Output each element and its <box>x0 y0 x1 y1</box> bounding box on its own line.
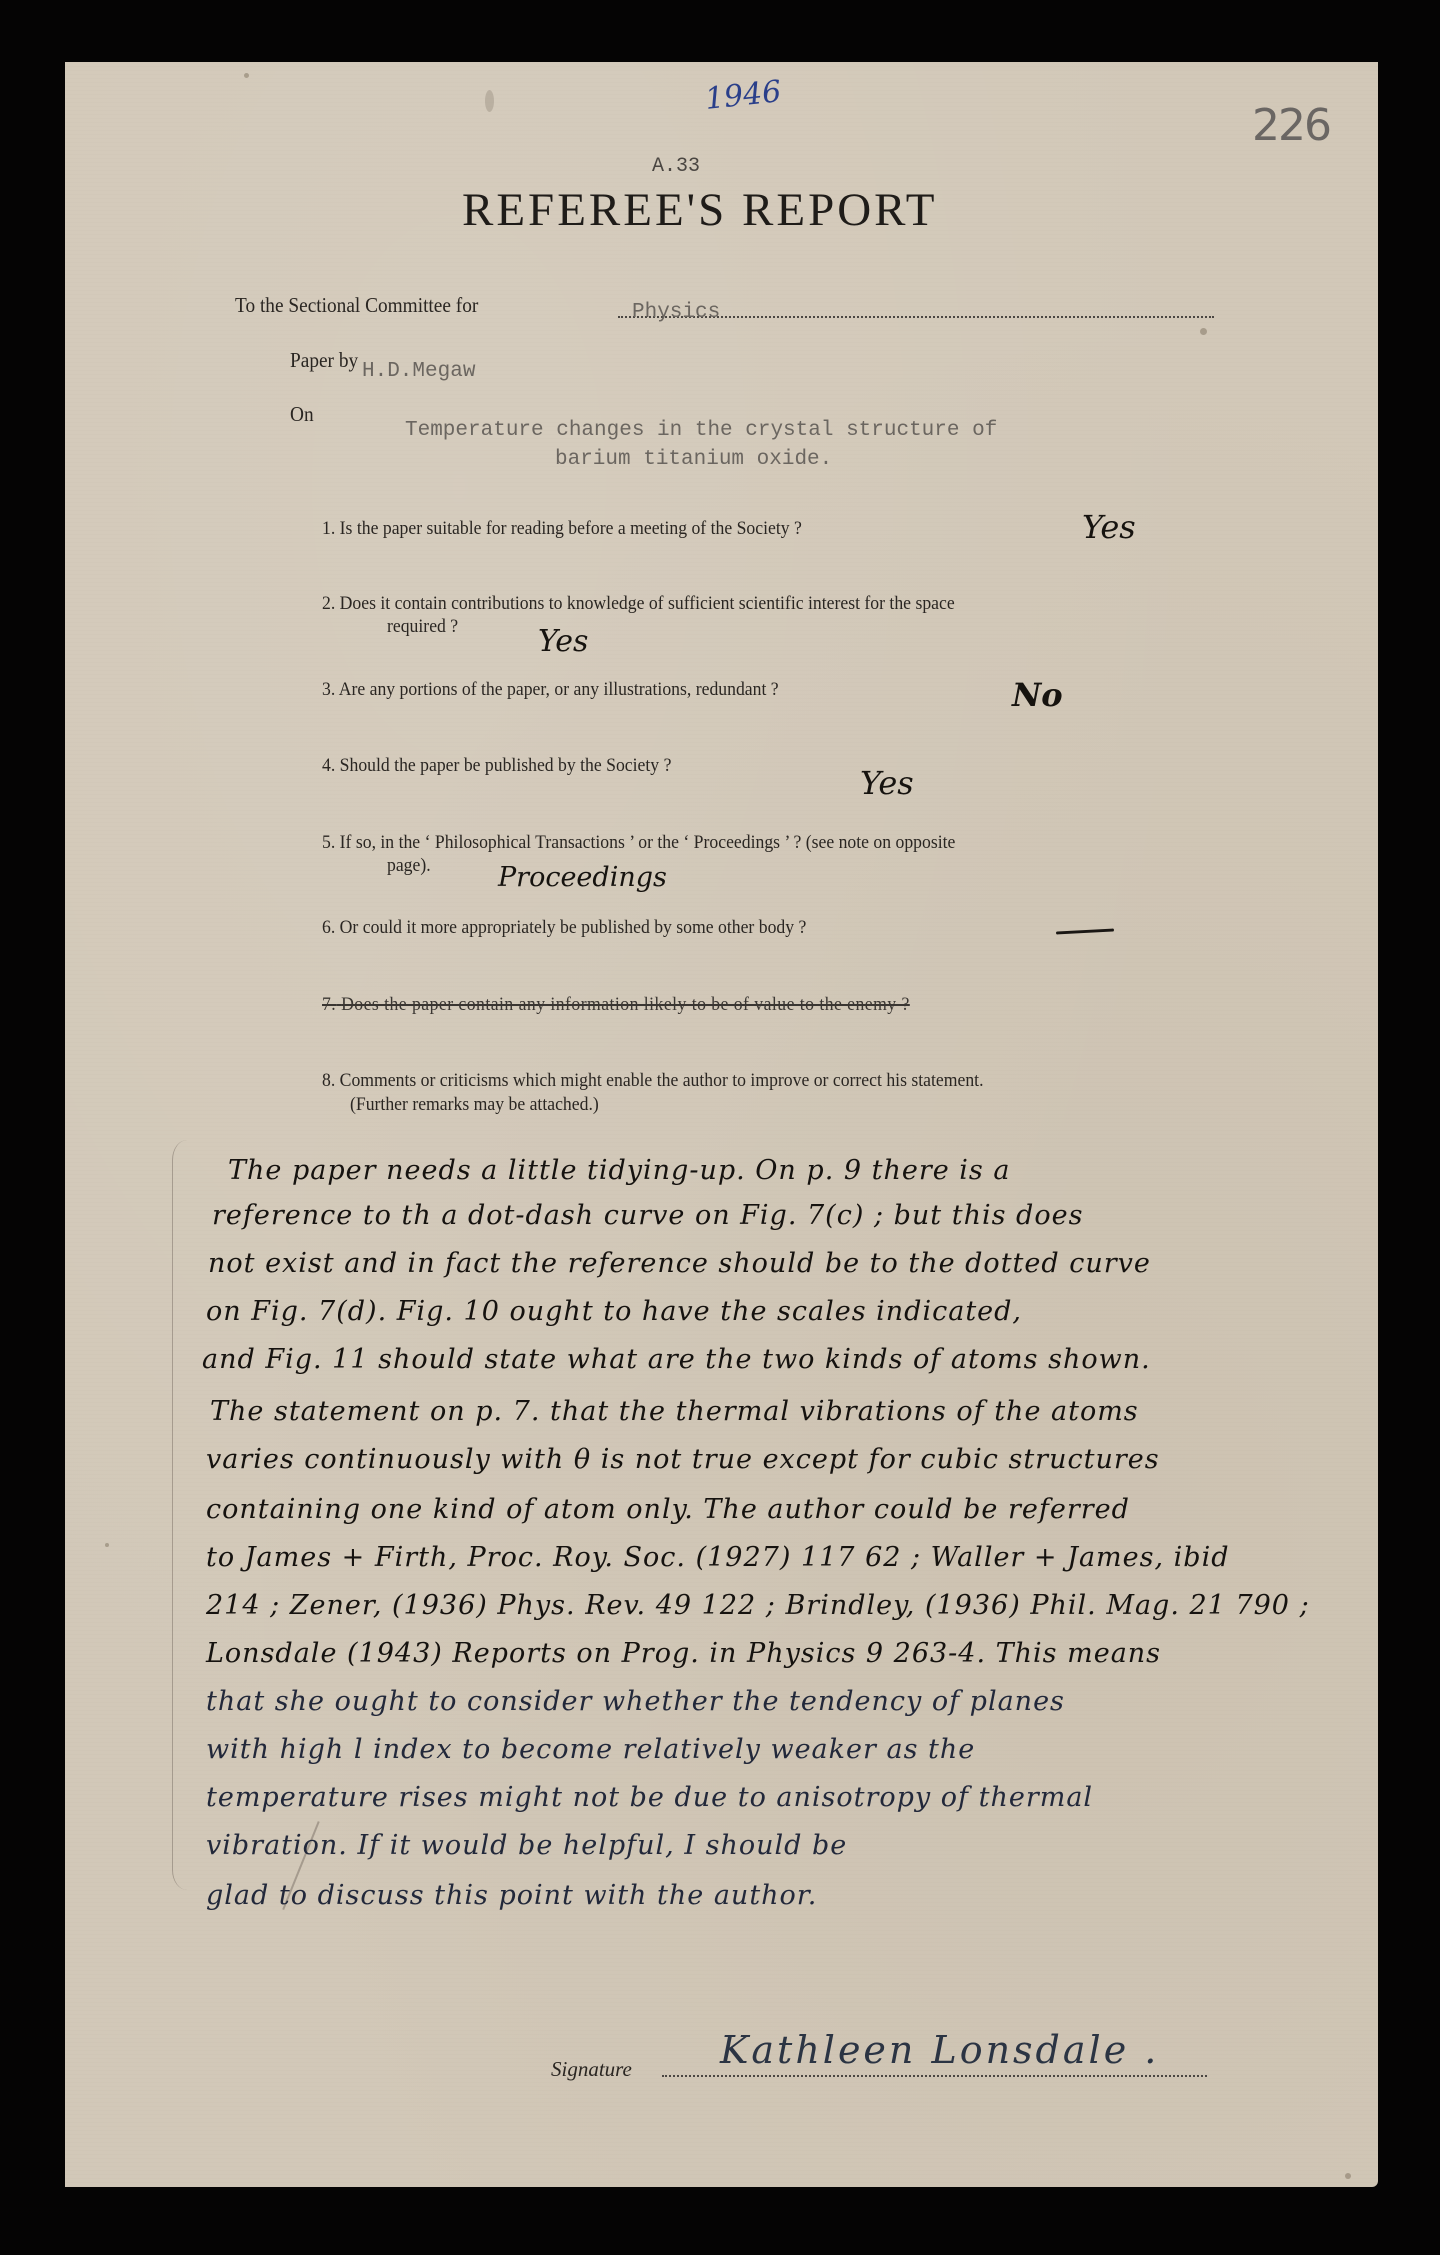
referee-report-page <box>65 62 1378 2187</box>
paper-by-label: Paper by <box>290 348 358 373</box>
question-number: 6. <box>322 917 335 938</box>
comment-line: varies continuously with θ is not true e… <box>206 1444 1160 1475</box>
comment-line: containing one kind of atom only. The au… <box>206 1494 1130 1525</box>
on-label: On <box>290 402 314 427</box>
question-text: Does the paper contain any information l… <box>341 994 910 1015</box>
question-text: Comments or criticisms which might enabl… <box>340 1070 984 1091</box>
comment-line: with high l index to become relatively w… <box>206 1734 975 1765</box>
paper-speck <box>485 90 494 112</box>
question-8-continued: (Further remarks may be attached.) <box>350 1094 599 1116</box>
paper-speck <box>1200 328 1207 335</box>
question-number: 8. <box>322 1070 335 1091</box>
comment-line: reference to th a dot-dash curve on Fig.… <box>212 1200 1083 1231</box>
page-title: REFEREE'S REPORT <box>462 183 937 237</box>
answer-2: Yes <box>538 624 588 659</box>
comment-line: The statement on p. 7. that the thermal … <box>210 1396 1139 1427</box>
question-5: 5. If so, in the ‘ Philosophical Transac… <box>322 832 955 854</box>
pencil-margin-bracket <box>172 1140 187 1890</box>
question-text: Are any portions of the paper, or any il… <box>339 679 779 700</box>
answer-1: Yes <box>1082 508 1136 546</box>
answer-4: Yes <box>860 764 914 802</box>
question-number: 7. <box>322 994 336 1015</box>
paper-speck <box>105 1543 109 1547</box>
form-code: A.33 <box>652 155 700 178</box>
question-7-struck: 7. Does the paper contain any informatio… <box>322 994 910 1016</box>
question-2-continued: required ? <box>387 616 458 638</box>
answer-5: Proceedings <box>498 862 667 893</box>
comment-line: to James + Firth, Proc. Roy. Soc. (1927)… <box>206 1542 1230 1573</box>
question-number: 4. <box>322 755 335 776</box>
comment-line: temperature rises might not be due to an… <box>206 1782 1093 1813</box>
question-4: 4. Should the paper be published by the … <box>322 755 671 777</box>
comment-line: that she ought to consider whether the t… <box>206 1686 1065 1717</box>
question-5-continued: page). <box>387 855 431 877</box>
signature-label: Signature <box>551 2057 632 2082</box>
page-number-annotation: 226 <box>1252 100 1330 151</box>
question-1: 1. Is the paper suitable for reading bef… <box>322 518 802 540</box>
on-value-line2: barium titanium oxide. <box>555 448 832 471</box>
comment-line: and Fig. 11 should state what are the tw… <box>202 1344 1151 1375</box>
question-text: Is the paper suitable for reading before… <box>340 518 802 539</box>
paper-speck <box>1345 2173 1351 2179</box>
question-text: Does it contain contributions to knowled… <box>340 593 955 614</box>
committee-value: Physics <box>632 301 720 324</box>
question-8: 8. Comments or criticisms which might en… <box>322 1070 983 1092</box>
question-text: If so, in the ‘ Philosophical Transactio… <box>340 832 956 853</box>
question-number: 3. <box>322 679 335 700</box>
question-text: Or could it more appropriately be publis… <box>340 917 807 938</box>
comment-line: Lonsdale (1943) Reports on Prog. in Phys… <box>206 1638 1161 1669</box>
question-number: 2. <box>322 593 335 614</box>
question-number: 1. <box>322 518 335 539</box>
question-6: 6. Or could it more appropriately be pub… <box>322 917 806 939</box>
question-text: Should the paper be published by the Soc… <box>340 755 672 776</box>
comment-line: on Fig. 7(d). Fig. 10 ought to have the … <box>206 1296 1022 1327</box>
paper-by-value: H.D.Megaw <box>362 360 475 383</box>
comment-line: The paper needs a little tidying-up. On … <box>228 1155 1010 1186</box>
signature-value: Kathleen Lonsdale . <box>720 2028 1159 2072</box>
comment-line: glad to discuss this point with the auth… <box>206 1880 817 1911</box>
comment-line: not exist and in fact the reference shou… <box>208 1248 1151 1279</box>
comment-line: 214 ; Zener, (1936) Phys. Rev. 49 122 ; … <box>206 1590 1310 1621</box>
on-value-line1: Temperature changes in the crystal struc… <box>405 419 997 442</box>
signature-dotted-line <box>662 2075 1207 2077</box>
paper-speck <box>244 73 249 78</box>
question-2: 2. Does it contain contributions to know… <box>322 593 955 615</box>
comment-line: vibration. If it would be helpful, I sho… <box>206 1830 847 1861</box>
question-3: 3. Are any portions of the paper, or any… <box>322 679 779 701</box>
answer-3: No <box>1012 676 1063 714</box>
committee-label: To the Sectional Committee for <box>235 293 478 318</box>
question-number: 5. <box>322 832 335 853</box>
